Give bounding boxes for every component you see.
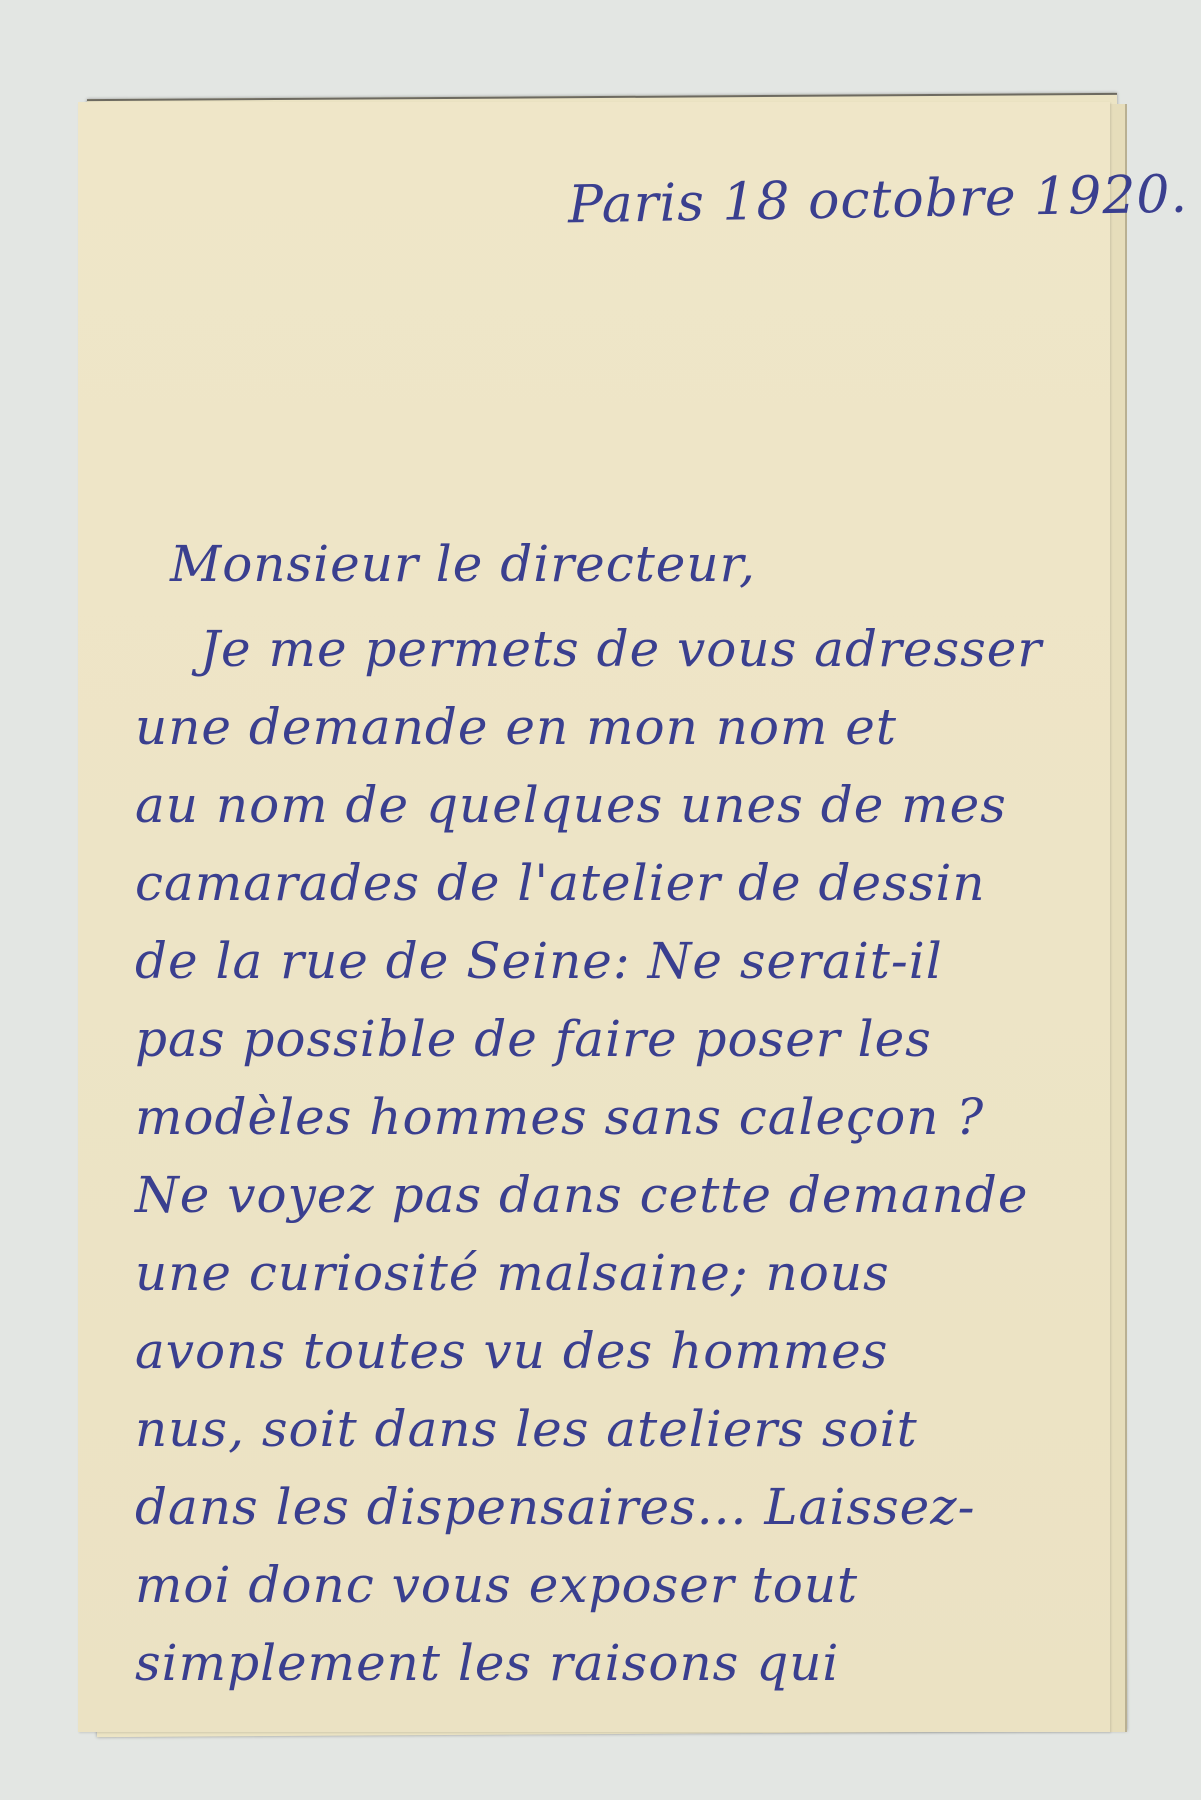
- letter-line: Ne voyez pas dans cette demande: [135, 1166, 1028, 1224]
- letter-line: simplement les raisons qui: [135, 1634, 839, 1692]
- letter-line: modèles hommes sans caleçon ?: [135, 1088, 984, 1146]
- letter-line: Je me permets de vous adresser: [200, 620, 1042, 678]
- letter-line: une demande en mon nom et: [135, 698, 897, 756]
- letter-line: une curiosité malsaine; nous: [135, 1244, 890, 1302]
- letter-line: nus, soit dans les ateliers soit: [135, 1400, 918, 1458]
- letter-line: de la rue de Seine: Ne serait-il: [135, 932, 943, 990]
- letter-line: au nom de quelques unes de mes: [135, 776, 1007, 834]
- letter-salutation: Monsieur le directeur,: [170, 535, 756, 593]
- letter-line: pas possible de faire poser les: [135, 1010, 932, 1068]
- letter-line: camarades de l'atelier de dessin: [135, 854, 986, 912]
- letter-line: dans les dispensaires... Laissez-: [135, 1478, 976, 1536]
- letter-line: avons toutes vu des hommes: [135, 1322, 888, 1380]
- letter-line: moi donc vous exposer tout: [135, 1556, 858, 1614]
- letter-date: Paris 18 octobre 1920.: [568, 165, 1189, 236]
- document-scene: Paris 18 octobre 1920. Monsieur le direc…: [0, 0, 1201, 1800]
